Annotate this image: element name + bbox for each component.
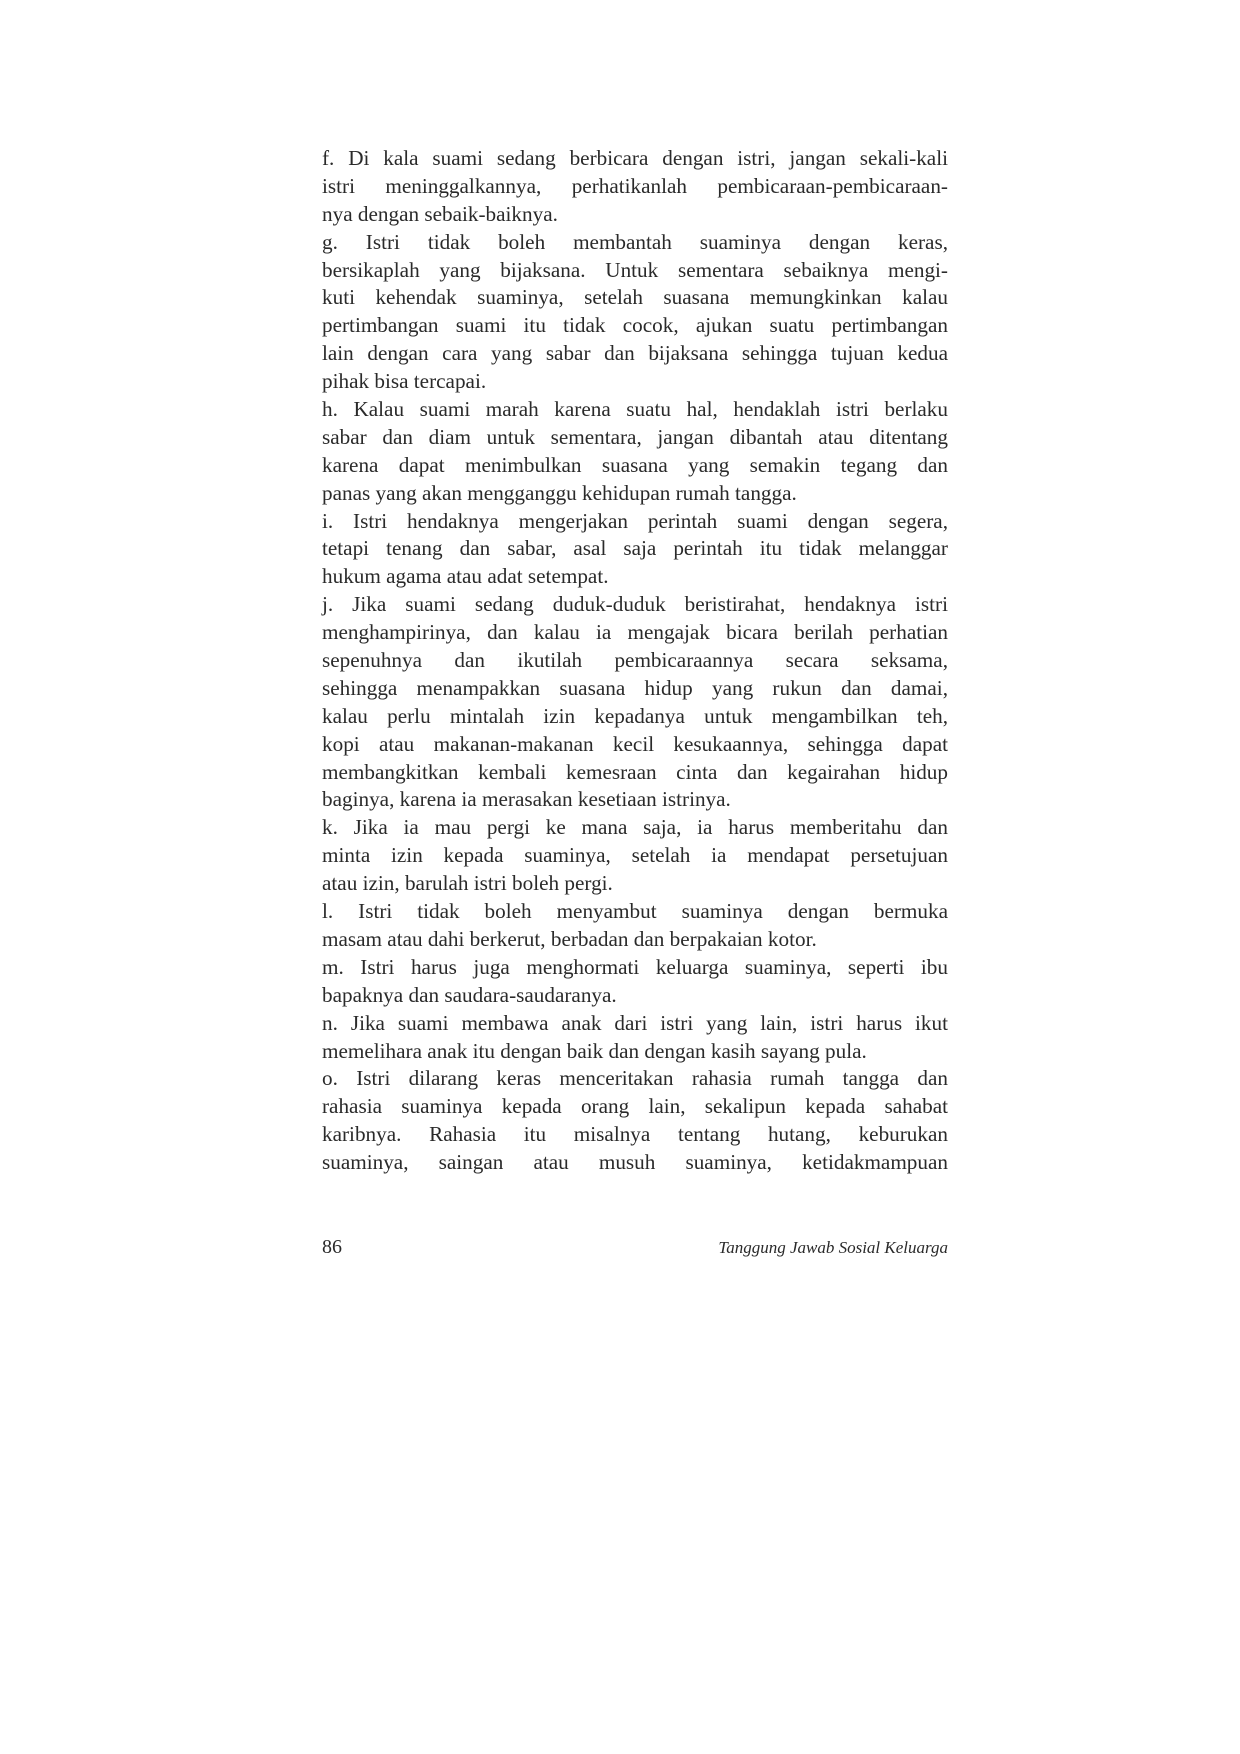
list-item-h: h. Kalau suami marah karena suatu hal, h…: [322, 396, 948, 508]
text-line: kopi atau makanan-makanan kecil kesukaan…: [322, 731, 948, 759]
list-item-j: j. Jika suami sedang duduk-duduk beristi…: [322, 591, 948, 814]
text-line: masam atau dahi berkerut, berbadan dan b…: [322, 926, 948, 954]
list-item-l: l. Istri tidak boleh menyambut suaminya …: [322, 898, 948, 954]
text-line: suaminya, saingan atau musuh suaminya, k…: [322, 1149, 948, 1177]
list-item-g: g. Istri tidak boleh membantah suaminya …: [322, 229, 948, 396]
text-line: minta izin kepada suaminya, setelah ia m…: [322, 842, 948, 870]
text-line: pertimbangan suami itu tidak cocok, ajuk…: [322, 312, 948, 340]
text-line: rahasia suaminya kepada orang lain, seka…: [322, 1093, 948, 1121]
text-line: m. Istri harus juga menghormati keluarga…: [322, 954, 948, 982]
text-line: atau izin, barulah istri boleh pergi.: [322, 870, 948, 898]
text-line: g. Istri tidak boleh membantah suaminya …: [322, 229, 948, 257]
list-item-k: k. Jika ia mau pergi ke mana saja, ia ha…: [322, 814, 948, 898]
text-line: kalau perlu mintalah izin kepadanya untu…: [322, 703, 948, 731]
list-item-f: f. Di kala suami sedang berbicara dengan…: [322, 145, 948, 229]
text-line: tetapi tenang dan sabar, asal saja perin…: [322, 535, 948, 563]
text-line: bapaknya dan saudara-saudaranya.: [322, 982, 948, 1010]
text-line: o. Istri dilarang keras menceritakan rah…: [322, 1065, 948, 1093]
text-line: menghampirinya, dan kalau ia mengajak bi…: [322, 619, 948, 647]
text-line: l. Istri tidak boleh menyambut suaminya …: [322, 898, 948, 926]
text-line: istri meninggalkannya, perhatikanlah pem…: [322, 173, 948, 201]
text-line: h. Kalau suami marah karena suatu hal, h…: [322, 396, 948, 424]
text-line: lain dengan cara yang sabar dan bijaksan…: [322, 340, 948, 368]
text-line: karena dapat menimbulkan suasana yang se…: [322, 452, 948, 480]
text-line: j. Jika suami sedang duduk-duduk beristi…: [322, 591, 948, 619]
page-body: f. Di kala suami sedang berbicara dengan…: [322, 145, 948, 1177]
text-line: f. Di kala suami sedang berbicara dengan…: [322, 145, 948, 173]
page-footer: 86 Tanggung Jawab Sosial Keluarga: [322, 1236, 948, 1259]
text-line: n. Jika suami membawa anak dari istri ya…: [322, 1010, 948, 1038]
text-line: memelihara anak itu dengan baik dan deng…: [322, 1038, 948, 1066]
text-line: karibnya. Rahasia itu misalnya tentang h…: [322, 1121, 948, 1149]
text-line: pihak bisa tercapai.: [322, 368, 948, 396]
text-line: panas yang akan mengganggu kehidupan rum…: [322, 480, 948, 508]
list-item-o: o. Istri dilarang keras menceritakan rah…: [322, 1065, 948, 1177]
text-line: bersikaplah yang bijaksana. Untuk sement…: [322, 257, 948, 285]
running-title: Tanggung Jawab Sosial Keluarga: [718, 1238, 948, 1258]
text-line: sehingga menampakkan suasana hidup yang …: [322, 675, 948, 703]
text-line: kuti kehendak suaminya, setelah suasana …: [322, 284, 948, 312]
text-line: sepenuhnya dan ikutilah pembicaraannya s…: [322, 647, 948, 675]
text-line: hukum agama atau adat setempat.: [322, 563, 948, 591]
text-line: nya dengan sebaik-baiknya.: [322, 201, 948, 229]
text-line: sabar dan diam untuk sementara, jangan d…: [322, 424, 948, 452]
text-line: i. Istri hendaknya mengerjakan perintah …: [322, 508, 948, 536]
text-line: membangkitkan kembali kemesraan cinta da…: [322, 759, 948, 787]
list-item-m: m. Istri harus juga menghormati keluarga…: [322, 954, 948, 1010]
page-number: 86: [322, 1236, 342, 1259]
text-line: baginya, karena ia merasakan kesetiaan i…: [322, 786, 948, 814]
list-item-n: n. Jika suami membawa anak dari istri ya…: [322, 1010, 948, 1066]
list-item-i: i. Istri hendaknya mengerjakan perintah …: [322, 508, 948, 592]
text-line: k. Jika ia mau pergi ke mana saja, ia ha…: [322, 814, 948, 842]
